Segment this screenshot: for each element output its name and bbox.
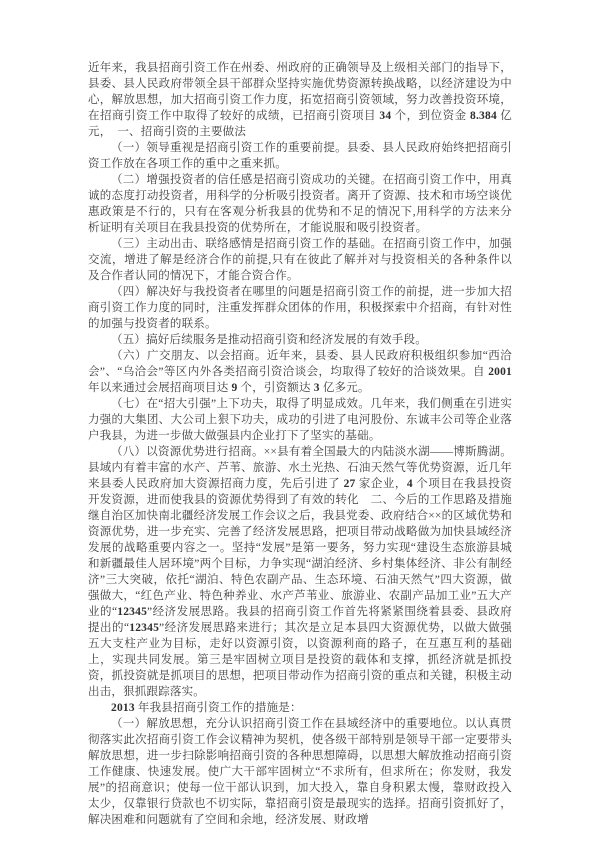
number: 12345 <box>117 606 147 618</box>
number: 9 <box>231 382 237 394</box>
paragraph: （四）解决好与我投资者在哪里的问题是招商引资工作的前提，进一步加大招商引资工作力… <box>88 284 512 332</box>
number: 2013 <box>111 702 135 714</box>
number: 27 <box>344 478 356 490</box>
number: 2001 <box>488 366 512 378</box>
paragraph: （二）增强投资者的信任感是招商引资成功的关键。在招商引资工作中，用真诚的态度打动… <box>88 172 512 236</box>
number: 8.384 <box>470 110 497 122</box>
document-text-body: 近年来，我县招商引资工作在州委、州政府的正确领导及上级相关部门的指导下，县委、县… <box>88 60 512 828</box>
number: 4 <box>407 478 413 490</box>
paragraph: （三）主动出击、联络感情是招商引资工作的基础。在招商引资工作中，加强交流，增进了… <box>88 236 512 284</box>
number: 34 <box>379 110 391 122</box>
paragraph: （七）在“招大引强”上下功夫，取得了明显成效。几年来，我们侧重在引进实力强的大集… <box>88 396 512 444</box>
number: 3 <box>314 382 320 394</box>
paragraph: （一）领导重视是招商引资工作的重要前提。县委、县人民政府始终把招商引资工作放在各… <box>88 140 512 172</box>
paragraph: 近年来，我县招商引资工作在州委、州政府的正确领导及上级相关部门的指导下，县委、县… <box>88 60 512 140</box>
document-page: 近年来，我县招商引资工作在州委、州政府的正确领导及上级相关部门的指导下，县委、县… <box>0 0 600 849</box>
paragraph: （八）以资源优势进行招商。××县有着全国最大的内陆淡水湖——博斯腾湖。县域内有着… <box>88 444 512 700</box>
paragraph: （一）解放思想，充分认识招商引资工作在县域经济中的重要地位。以认真贯彻落实此次招… <box>88 716 512 828</box>
number: 12345 <box>129 622 159 634</box>
paragraph: （五）搞好后续服务是推动招商引资和经济发展的有效手段。 <box>88 332 512 348</box>
paragraph: 2013 年我县招商引资工作的措施是： <box>88 700 512 716</box>
paragraph: （六）广交朋友、以会招商。近年来，县委、县人民政府积极组织参加“西洽会”、“乌洽… <box>88 348 512 396</box>
